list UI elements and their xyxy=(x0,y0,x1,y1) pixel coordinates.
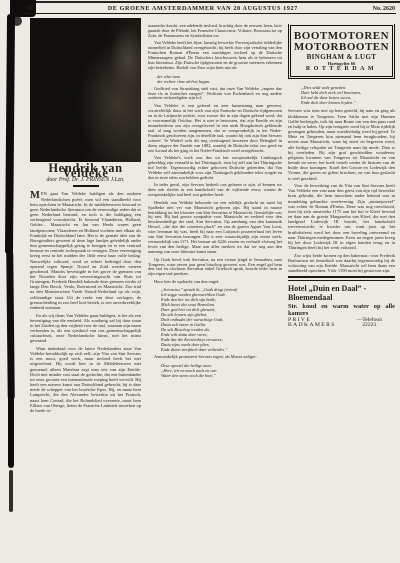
article-paragraph: Hendrik van Veldeke behoorde tot een ade… xyxy=(148,201,282,255)
issue-number: No. 2620 xyxy=(373,6,395,12)
advert-hotel-badkamers: PRIVE BADKAMERS xyxy=(288,318,357,328)
paragraph-text: EN gaat Van Veldeke huldigen als den oud… xyxy=(30,191,141,309)
masthead: DE GROENE AMSTERDAMMER VAN 20 AUGUSTUS 1… xyxy=(108,5,298,12)
verse-quote: der wîse man der rechter rîme alrêrst be… xyxy=(148,74,282,84)
article-title: Hendrik van Veldeke xyxy=(30,166,141,176)
drop-cap: M xyxy=(30,191,40,200)
advert-hotel-line: PRIVE BADKAMERS — Telefoon 22223 xyxy=(288,318,395,328)
verse-quote: „Dies seldi wale geneden: Daer hebt dich… xyxy=(288,85,395,105)
article-paragraph: Servaes was toen niet op hem gesteld; hi… xyxy=(288,108,395,180)
advert-line: ROTTERDAM xyxy=(293,67,390,72)
advert-bootmotoren: BOOTMOTOREN MOTORBOOTEN BINGHAM & LUGT H… xyxy=(290,25,393,77)
advert-hotel-line: Str. koud en warm water op alle kamers xyxy=(288,303,395,317)
page-header: 10 DE GROENE AMSTERDAMMER VAN 20 AUGUSTU… xyxy=(26,4,395,12)
advert-line: BINGHAM & LUGT xyxy=(293,55,390,60)
article-paragraph: Voor de bewerking van de Vita van Sint S… xyxy=(288,183,395,250)
advert-hotel-title: Hotel „Duin en Daal” - Bloemendaal xyxy=(288,284,395,302)
article-byline: door Prof. Dr. J. PRINSEN J.Lzn. xyxy=(30,178,141,183)
article-paragraph: Van Veldeke is een geleerd en zeer kunst… xyxy=(148,104,282,154)
advert-hotel: Hotel „Duin en Daal” - Bloemendaal Str. … xyxy=(288,284,395,329)
article-paragraph: Van Veldeke's werk zou dus uit het oorsp… xyxy=(148,156,282,181)
scan-artifact xyxy=(8,396,14,468)
advert-line: MOTORBOOTEN xyxy=(293,42,390,53)
article-paragraph: In ieder geval, zijn Servaes bedoelt ons… xyxy=(148,183,282,198)
scan-artifact xyxy=(6,250,15,400)
article-paragraph: Van Veldeke heeft het fijne, kunstig bew… xyxy=(148,41,282,71)
header-rule xyxy=(24,13,396,14)
article-paragraph: MEN gaat Van Veldeke huldigen als den ou… xyxy=(30,191,141,310)
article-paragraph: Op Gods bevel trok Servatius, na een vro… xyxy=(148,258,282,278)
article-paragraph: Godfried von Straatsburg stelt vast, dat… xyxy=(148,87,282,102)
scan-artifact xyxy=(12,16,22,26)
article-paragraph: Want inderdaad voor de latere Nederlande… xyxy=(30,346,141,413)
article-paragraph: En als wij thans Van Veldeke gaan huldig… xyxy=(30,313,141,344)
byline-rule xyxy=(73,185,99,187)
column-middle: maansche kracht, een adelende invloed, k… xyxy=(148,24,282,461)
article-paragraph: Hoor hier de opdracht van den engel: xyxy=(148,280,282,285)
scan-artifact xyxy=(5,14,15,254)
column-right: BOOTMOTOREN MOTORBOOTEN BINGHAM & LUGT H… xyxy=(288,24,395,460)
page-number: 10 xyxy=(26,4,33,12)
verse-quote: Dese apostel die heilige man: „Here, ich… xyxy=(148,363,282,378)
article-paragraph: Zoo wijst beide kronen op den bakermat: … xyxy=(288,253,395,274)
newspaper-page: 10 DE GROENE AMSTERDAMMER VAN 20 AUGUSTU… xyxy=(0,0,400,563)
advert-divider xyxy=(288,276,395,281)
portrait-photo xyxy=(30,18,141,162)
article-paragraph: Aanvankelijk protesteert Servaes tegen, … xyxy=(148,355,282,360)
article-paragraph: maansche kracht, een adelende invloed, k… xyxy=(148,24,282,39)
column-left: Hendrik van Veldeke door Prof. Dr. J. PR… xyxy=(30,18,141,458)
advert-hotel-phone: Telefoon 22223 xyxy=(362,318,395,328)
scan-artifact xyxy=(9,470,13,512)
verse-quote: „Servacius” spraek hi, „Gods drogt (vrie… xyxy=(148,287,282,352)
scan-artifact xyxy=(36,1,400,3)
